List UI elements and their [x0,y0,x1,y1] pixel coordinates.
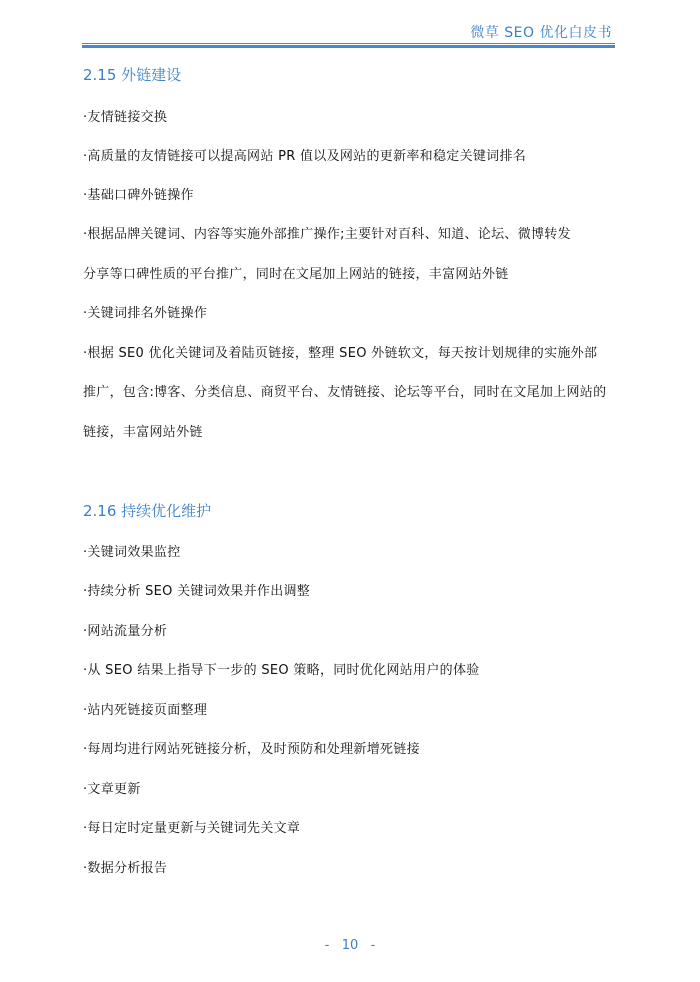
paragraph: ·每日定时定量更新与关键词先关文章 [83,817,300,836]
section-heading-2-16: 2.16 持续优化维护 [83,500,211,521]
paragraph: ·根据 SE0 优化关键词及着陆页链接，整理 SEO 外链软文，每天按计划规律的… [83,342,597,361]
paragraph: ·根据品牌关键词、内容等实施外部推广操作;主要针对百科、知道、论坛、微博转发 [83,223,571,242]
paragraph: ·基础口碑外链操作 [83,184,194,203]
paragraph: ·友情链接交换 [83,106,167,125]
section-heading-2-15: 2.15 外链建设 [83,64,181,85]
paragraph: ·关键词排名外链操作 [83,302,207,321]
paragraph: ·每周均进行网站死链接分析，及时预防和处理新增死链接 [83,738,420,757]
document-header-title: 微草 SEO 优化白皮书 [470,22,612,42]
paragraph: ·数据分析报告 [83,857,167,876]
paragraph: 推广，包含:博客、分类信息、商贸平台、友情链接、论坛等平台，同时在文尾加上网站的 [83,381,606,400]
header-divider-thick-line [82,45,615,48]
paragraph: 链接，丰富网站外链 [83,421,203,440]
paragraph: ·高质量的友情链接可以提高网站 PR 值以及网站的更新率和稳定关键词排名 [83,145,526,164]
paragraph: ·站内死链接页面整理 [83,699,207,718]
paragraph: ·关键词效果监控 [83,541,181,560]
paragraph: ·网站流量分析 [83,620,167,639]
paragraph: ·持续分析 SEO 关键词效果并作出调整 [83,580,310,599]
page-number: - 10 - [0,938,700,953]
paragraph: ·从 SEO 结果上指导下一步的 SEO 策略，同时优化网站用户的体验 [83,659,480,678]
header-divider [82,43,615,48]
paragraph: ·文章更新 [83,778,141,797]
paragraph: 分享等口碑性质的平台推广，同时在文尾加上网站的链接，丰富网站外链 [83,263,509,282]
